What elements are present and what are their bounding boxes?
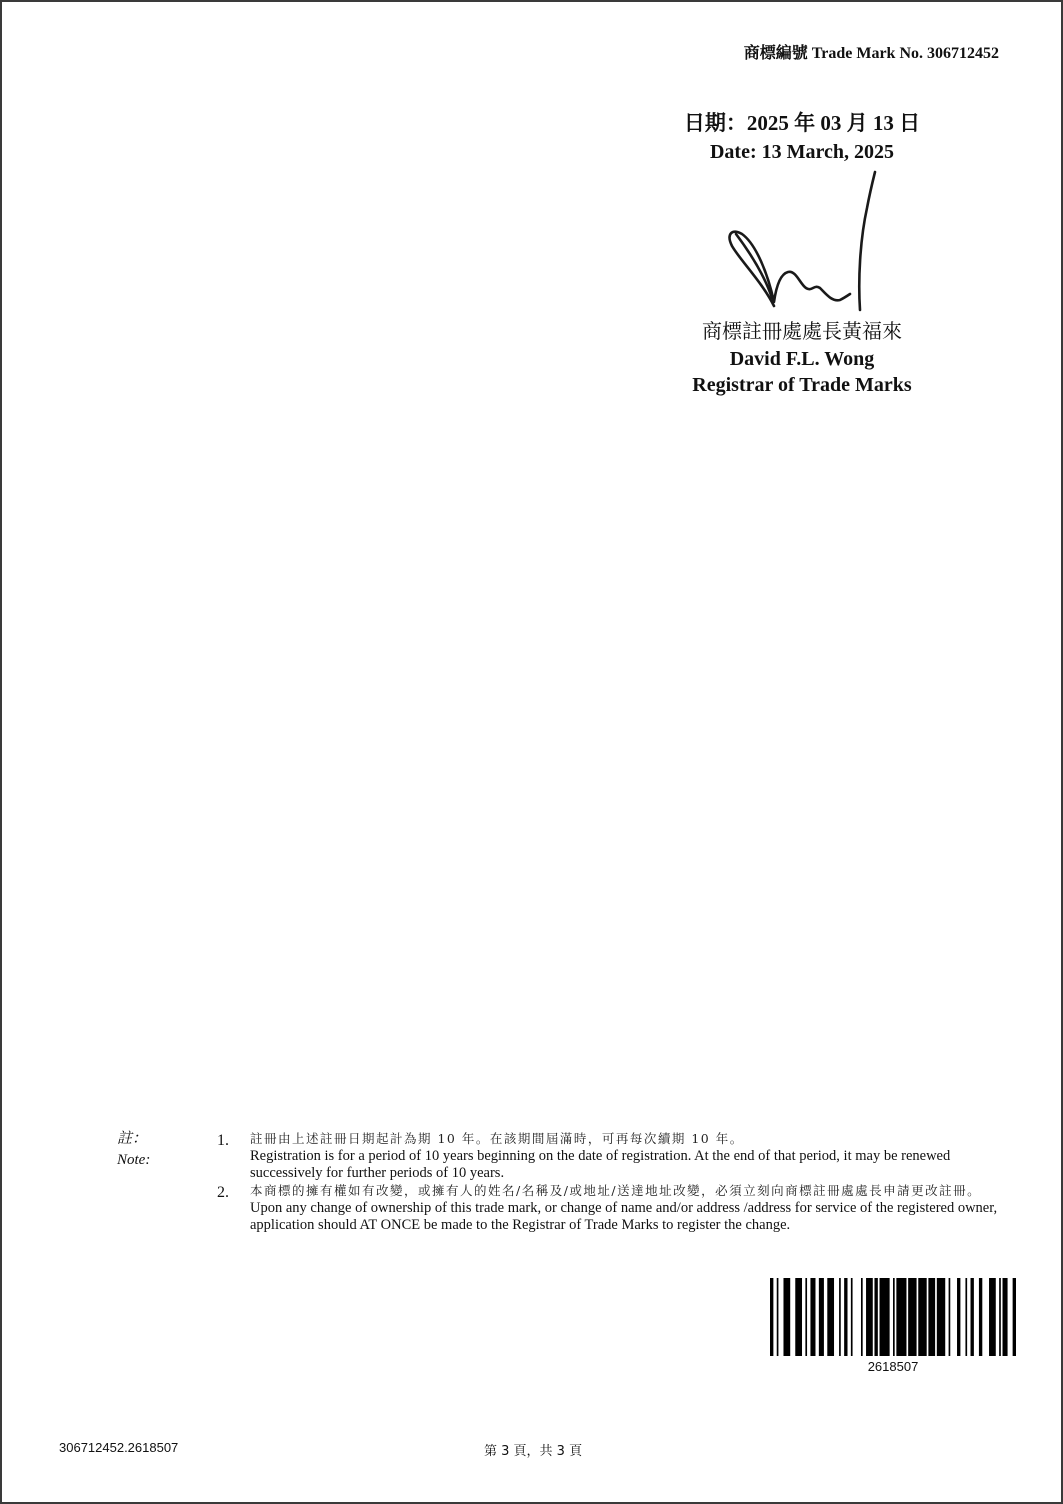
registrar-title: Registrar of Trade Marks <box>662 372 942 398</box>
note-item: 1. 註冊由上述註冊日期起計為期 10 年。在該期間屆滿時，可再每次續期 10 … <box>217 1130 1017 1182</box>
date-chinese: 日期：2025 年 03 月 13 日 <box>662 108 942 138</box>
notes-label-english: Note: <box>117 1150 150 1171</box>
footer-document-id: 306712452.2618507 <box>59 1440 178 1455</box>
notes-list: 1. 註冊由上述註冊日期起計為期 10 年。在該期間屆滿時，可再每次續期 10 … <box>217 1130 1017 1234</box>
date-block: 日期：2025 年 03 月 13 日 Date: 13 March, 2025 <box>662 108 942 166</box>
trade-mark-number: 商標編號 Trade Mark No. 306712452 <box>744 40 999 63</box>
barcode-number: 2618507 <box>770 1359 1016 1374</box>
note-number: 1. <box>217 1132 229 1150</box>
signature-icon <box>722 170 892 315</box>
note-number: 2. <box>217 1184 229 1202</box>
note-text-english: Upon any change of ownership of this tra… <box>250 1200 1017 1234</box>
registrar-block: 商標註冊處處長黃福來 David F.L. Wong Registrar of … <box>662 316 942 398</box>
barcode-icon <box>770 1278 1016 1356</box>
note-text-english: Registration is for a period of 10 years… <box>250 1148 1017 1182</box>
registrar-name: David F.L. Wong <box>662 346 942 372</box>
date-english: Date: 13 March, 2025 <box>662 138 942 166</box>
note-text-chinese: 註冊由上述註冊日期起計為期 10 年。在該期間屆滿時，可再每次續期 10 年。 <box>250 1130 1017 1148</box>
note-item: 2. 本商標的擁有權如有改變，或擁有人的姓名/名稱及/或地址/送達地址改變，必須… <box>217 1182 1017 1234</box>
registrar-chinese-title: 商標註冊處處長黃福來 <box>662 316 942 346</box>
notes-label: 註： Note: <box>117 1129 150 1171</box>
document-page: 商標編號 Trade Mark No. 306712452 日期：2025 年 … <box>0 0 1063 1504</box>
footer-page-indicator: 第 3 頁，共 3 頁 <box>484 1440 582 1459</box>
notes-label-chinese: 註： <box>117 1129 150 1150</box>
note-text-chinese: 本商標的擁有權如有改變，或擁有人的姓名/名稱及/或地址/送達地址改變，必須立刻向… <box>250 1182 1017 1200</box>
